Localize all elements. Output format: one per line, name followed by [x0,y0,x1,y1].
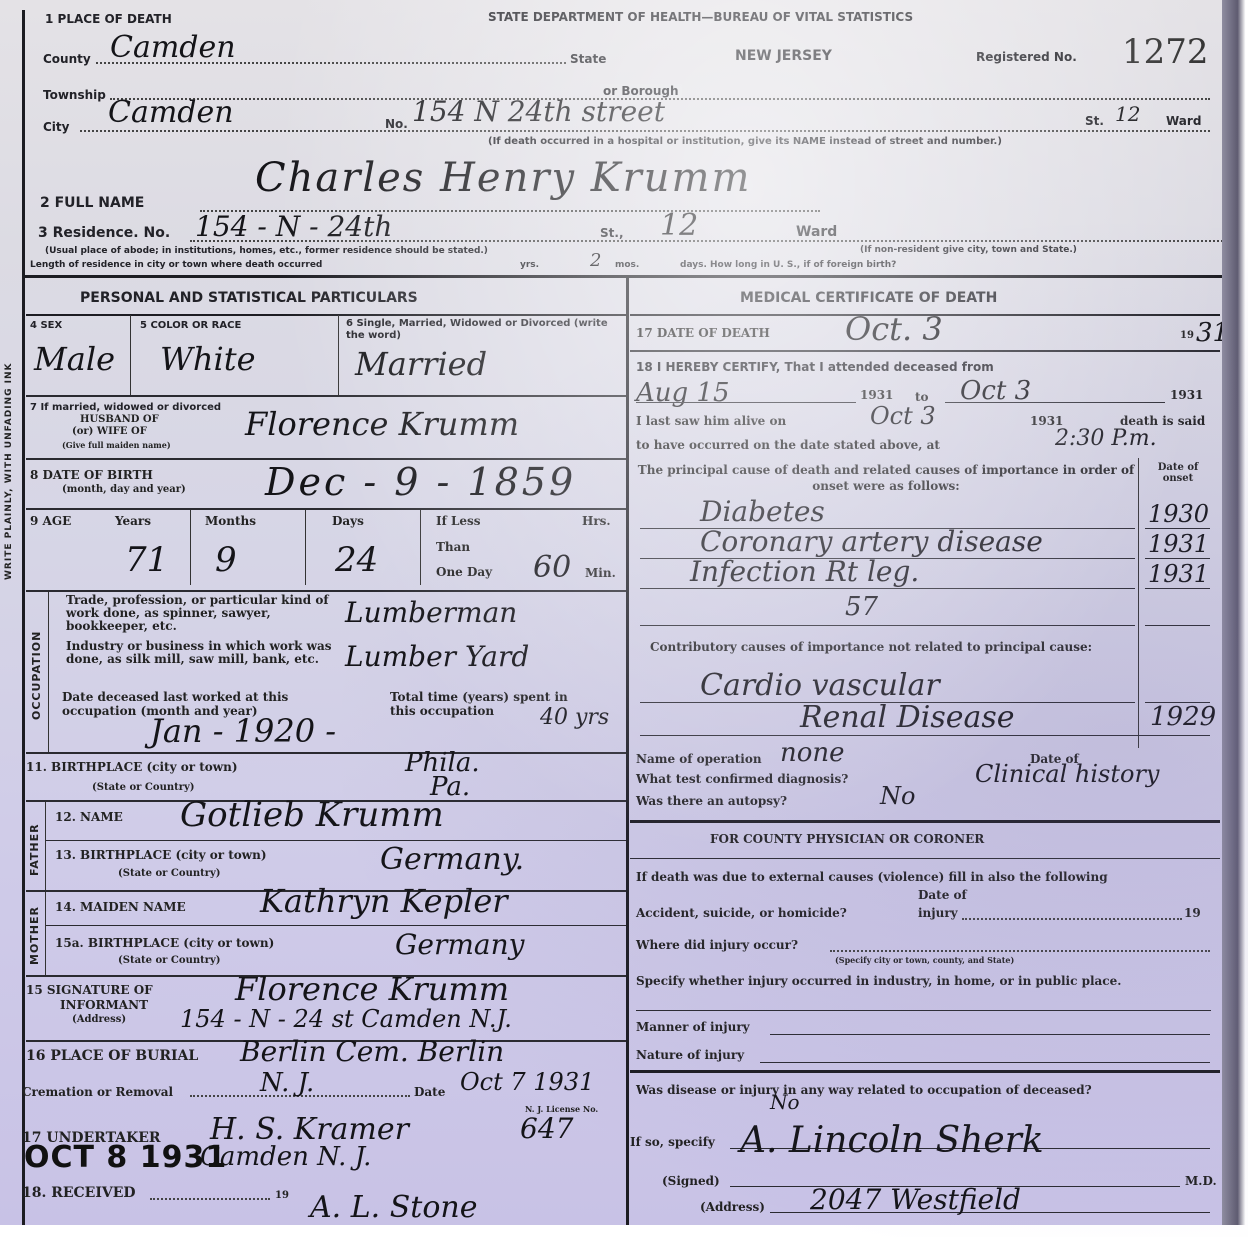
ward-label: Ward [1166,114,1201,128]
test-label: What test confirmed diagnosis? [636,772,848,786]
mother-birthplace-label: 15a. BIRTHPLACE (city or town) [55,936,274,950]
mother-birthplace-value: Germany [395,928,524,961]
specify-label: Specify whether injury occurred in indus… [636,972,1216,990]
manner-label: Manner of injury [636,1020,750,1034]
spouse-label-1: 7 If married, widowed or divorced [30,402,221,413]
onset-header: Date of onset [1148,462,1208,484]
industry-label: Industry or business in which work was d… [66,640,356,666]
less-label-3: One Day [436,565,492,579]
contributory-2-onset: 1929 [1150,702,1216,732]
race-value: White [160,340,256,378]
occurred-label: to have occurred on the date stated abov… [636,438,940,452]
hospital-note: (If death occurred in a hospital or inst… [488,136,1002,147]
test-value: Clinical history [975,760,1159,788]
hrs-label: Hrs. [582,514,611,528]
received-label: 18. RECEIVED [22,1185,136,1201]
left-border [22,10,25,1235]
cremation-value: N. J. [260,1068,314,1098]
attended-to-year: 1931 [1170,388,1203,402]
mother-name-label: 14. MAIDEN NAME [55,900,186,914]
informant-label-2: INFORMANT [60,998,148,1012]
cause-3: Infection Rt leg. [690,555,919,588]
operation-value: none [780,738,845,768]
injury-date-label-2: injury [918,906,958,920]
length-value: 2 [590,250,601,271]
trade-label: Trade, profession, or particular kind of… [66,594,356,633]
length-label: Length of residence in city or town wher… [30,260,322,270]
nature-label: Nature of injury [636,1048,744,1062]
residence-label: 3 Residence. No. [38,225,170,241]
days-label: days. [680,260,707,270]
mother-side-label: MOTHER [28,898,41,974]
min-label: Min. [585,566,616,580]
industry-value: Lumber Yard [345,640,529,673]
where-sub: (Specify city or town, county, and State… [835,955,1014,965]
occupation-side-label: OCCUPATION [30,600,43,750]
residence-ward-value: 12 [660,208,698,243]
residence-ward-label: Ward [796,224,837,240]
burial-value: Berlin Cem. Berlin [240,1035,504,1068]
occupation-related-value: No [770,1090,800,1114]
yrs-label: yrs. [520,260,539,270]
us-label: How long in U. S., if of foreign birth? [710,260,896,270]
cremation-label: Cremation or Removal [22,1085,173,1099]
injury-year: 19 [1184,906,1201,920]
center-divider [626,275,629,1235]
min-value: 60 [533,550,571,585]
registrar-signature: A. L. Stone [310,1190,477,1225]
cause-extra: 57 [845,592,878,622]
right-edge [1222,0,1248,1237]
state-value: NEW JERSEY [735,48,832,64]
father-birthplace-value: Germany. [380,842,524,877]
if-so-label: If so, specify [630,1135,715,1149]
death-certificate: WRITE PLAINLY, WITH UNFADING INK 1 PLACE… [0,0,1248,1237]
cause-3-onset: 1931 [1148,560,1209,588]
attended-from-year: 1931 [860,388,893,402]
city-label: City [43,120,69,134]
informant-label-1: 15 SIGNATURE OF [26,983,153,997]
cause-1-onset: 1930 [1148,500,1209,528]
street-value: 154 N 24th street [412,95,665,128]
years-value: 71 [125,540,168,580]
contributory-label: Contributory causes of importance not re… [650,640,1130,654]
marital-value: Married [355,345,487,383]
md-label: M.D. [1185,1174,1217,1188]
date-value: Oct 7 1931 [460,1068,594,1096]
mother-name-value: Kathryn Kepler [260,882,508,920]
accident-label: Accident, suicide, or homicide? [636,906,847,920]
dob-value: Dec - 9 - 1859 [265,460,576,504]
address-value: 2047 Westfield [810,1183,1021,1216]
residence-value: 154 - N - 24th [195,210,392,243]
spouse-label-4: (Give full maiden name) [62,440,171,450]
sex-value: Male [34,340,115,378]
cause-2: Coronary artery disease [700,525,1043,558]
coroner-title: FOR COUNTY PHYSICIAN OR CORONER [710,832,984,846]
ward-value: 12 [1115,102,1140,126]
months-value: 9 [215,540,237,580]
date-of-death-year-prefix: 19 [1180,330,1194,341]
residence-st-label: St., [600,226,624,240]
spouse-label-3: (or) WIFE OF [72,426,147,437]
address-label: (Address) [700,1200,765,1214]
certify-label: 18 I HEREBY CERTIFY, That I attended dec… [636,360,994,374]
cause-2-onset: 1931 [1148,530,1209,558]
dob-sub: (month, day and year) [62,484,186,495]
father-birthplace-label: 13. BIRTHPLACE (city or town) [55,848,267,862]
last-worked-value: Jan - 1920 - [150,712,336,750]
attended-from: Aug 15 [636,378,730,408]
bottom-margin [0,1225,1248,1237]
last-saw-label: I last saw him alive on [636,414,786,428]
spouse-value: Florence Krumm [245,405,519,443]
trade-value: Lumberman [345,596,517,629]
received-year: 19 [275,1190,289,1201]
less-label-2: Than [436,540,470,554]
date-of-death-label: 17 DATE OF DEATH [636,326,770,340]
city-value: Camden [108,95,234,130]
residence-note: (Usual place of abode; in institutions, … [45,246,488,256]
dob-label: 8 DATE OF BIRTH [30,468,153,482]
autopsy-value: No [880,782,915,810]
occupation-related-label: Was disease or injury in any way related… [636,1080,1216,1100]
race-label: 5 COLOR OR RACE [140,320,241,331]
date-of-death-value: Oct. 3 [845,310,943,348]
marital-label: 6 Single, Married, Widowed or Divorced (… [346,318,622,342]
signed-value: A. Lincoln Sherk [740,1120,1044,1161]
cause-1: Diabetes [700,495,825,528]
medical-section-title: MEDICAL CERTIFICATE OF DEATH [740,290,997,306]
months-label: Months [205,514,256,528]
less-label-1: If Less [436,514,481,528]
birthplace-sub: (State or Country) [92,782,195,793]
informant-address: 154 - N - 24 st Camden N.J. [180,1005,512,1033]
county-label: County [43,52,91,66]
nonresident-note: (If non-resident give city, town and Sta… [860,245,1077,255]
days-value: 24 [335,540,378,580]
spouse-label-2: HUSBAND OF [80,414,159,425]
last-saw-value: Oct 3 [870,402,936,430]
autopsy-label: Was there an autopsy? [636,794,787,808]
injury-date-label-1: Date of [918,888,967,902]
years-label: Years [115,514,151,528]
street-no-label: No. [385,117,408,131]
registered-label: Registered No. [976,50,1077,64]
where-label: Where did injury occur? [636,938,798,952]
occurred-time: 2:30 P.m. [1055,426,1157,451]
st-label: St. [1085,114,1104,128]
county-value: Camden [110,30,236,65]
external-label: If death was due to external causes (vio… [636,868,1216,886]
cause-header: The principal cause of death and related… [636,462,1136,494]
contributory-2: Renal Disease [800,700,1015,735]
full-name-value: Charles Henry Krumm [255,155,751,201]
father-name-value: Gotlieb Krumm [180,795,444,835]
operation-label: Name of operation [636,752,762,766]
father-birthplace-sub: (State or Country) [118,868,221,879]
township-label: Township [43,88,106,102]
burial-label: 16 PLACE OF BURIAL [26,1048,198,1064]
total-time-value: 40 yrs [540,705,609,730]
father-side-label: FATHER [28,810,41,890]
informant-value: Florence Krumm [235,970,509,1008]
mother-birthplace-sub: (State or Country) [118,955,221,966]
personal-section-title: PERSONAL AND STATISTICAL PARTICULARS [80,290,418,306]
father-name-label: 12. NAME [55,810,123,824]
birthplace-label: 11. BIRTHPLACE (city or town) [26,760,238,774]
informant-label-3: (Address) [72,1014,126,1025]
department-title: STATE DEPARTMENT OF HEALTH—BUREAU OF VIT… [488,10,913,24]
days-label: Days [332,514,364,528]
received-stamp: OCT 8 1931 [24,1140,227,1175]
age-label: 9 AGE [30,514,71,528]
registered-number: 1272 [1122,32,1209,72]
signed-label: (Signed) [662,1174,720,1188]
state-label: State [570,52,606,66]
place-of-death-label: 1 PLACE OF DEATH [45,12,172,26]
contributory-1: Cardio vascular [700,668,940,703]
undertaker-license: 647 [520,1112,573,1145]
date-label: Date [414,1085,445,1099]
margin-note: WRITE PLAINLY, WITH UNFADING INK [4,20,14,580]
full-name-label: 2 FULL NAME [40,195,144,211]
mos-label: mos. [615,260,639,270]
sex-label: 4 SEX [30,320,62,331]
